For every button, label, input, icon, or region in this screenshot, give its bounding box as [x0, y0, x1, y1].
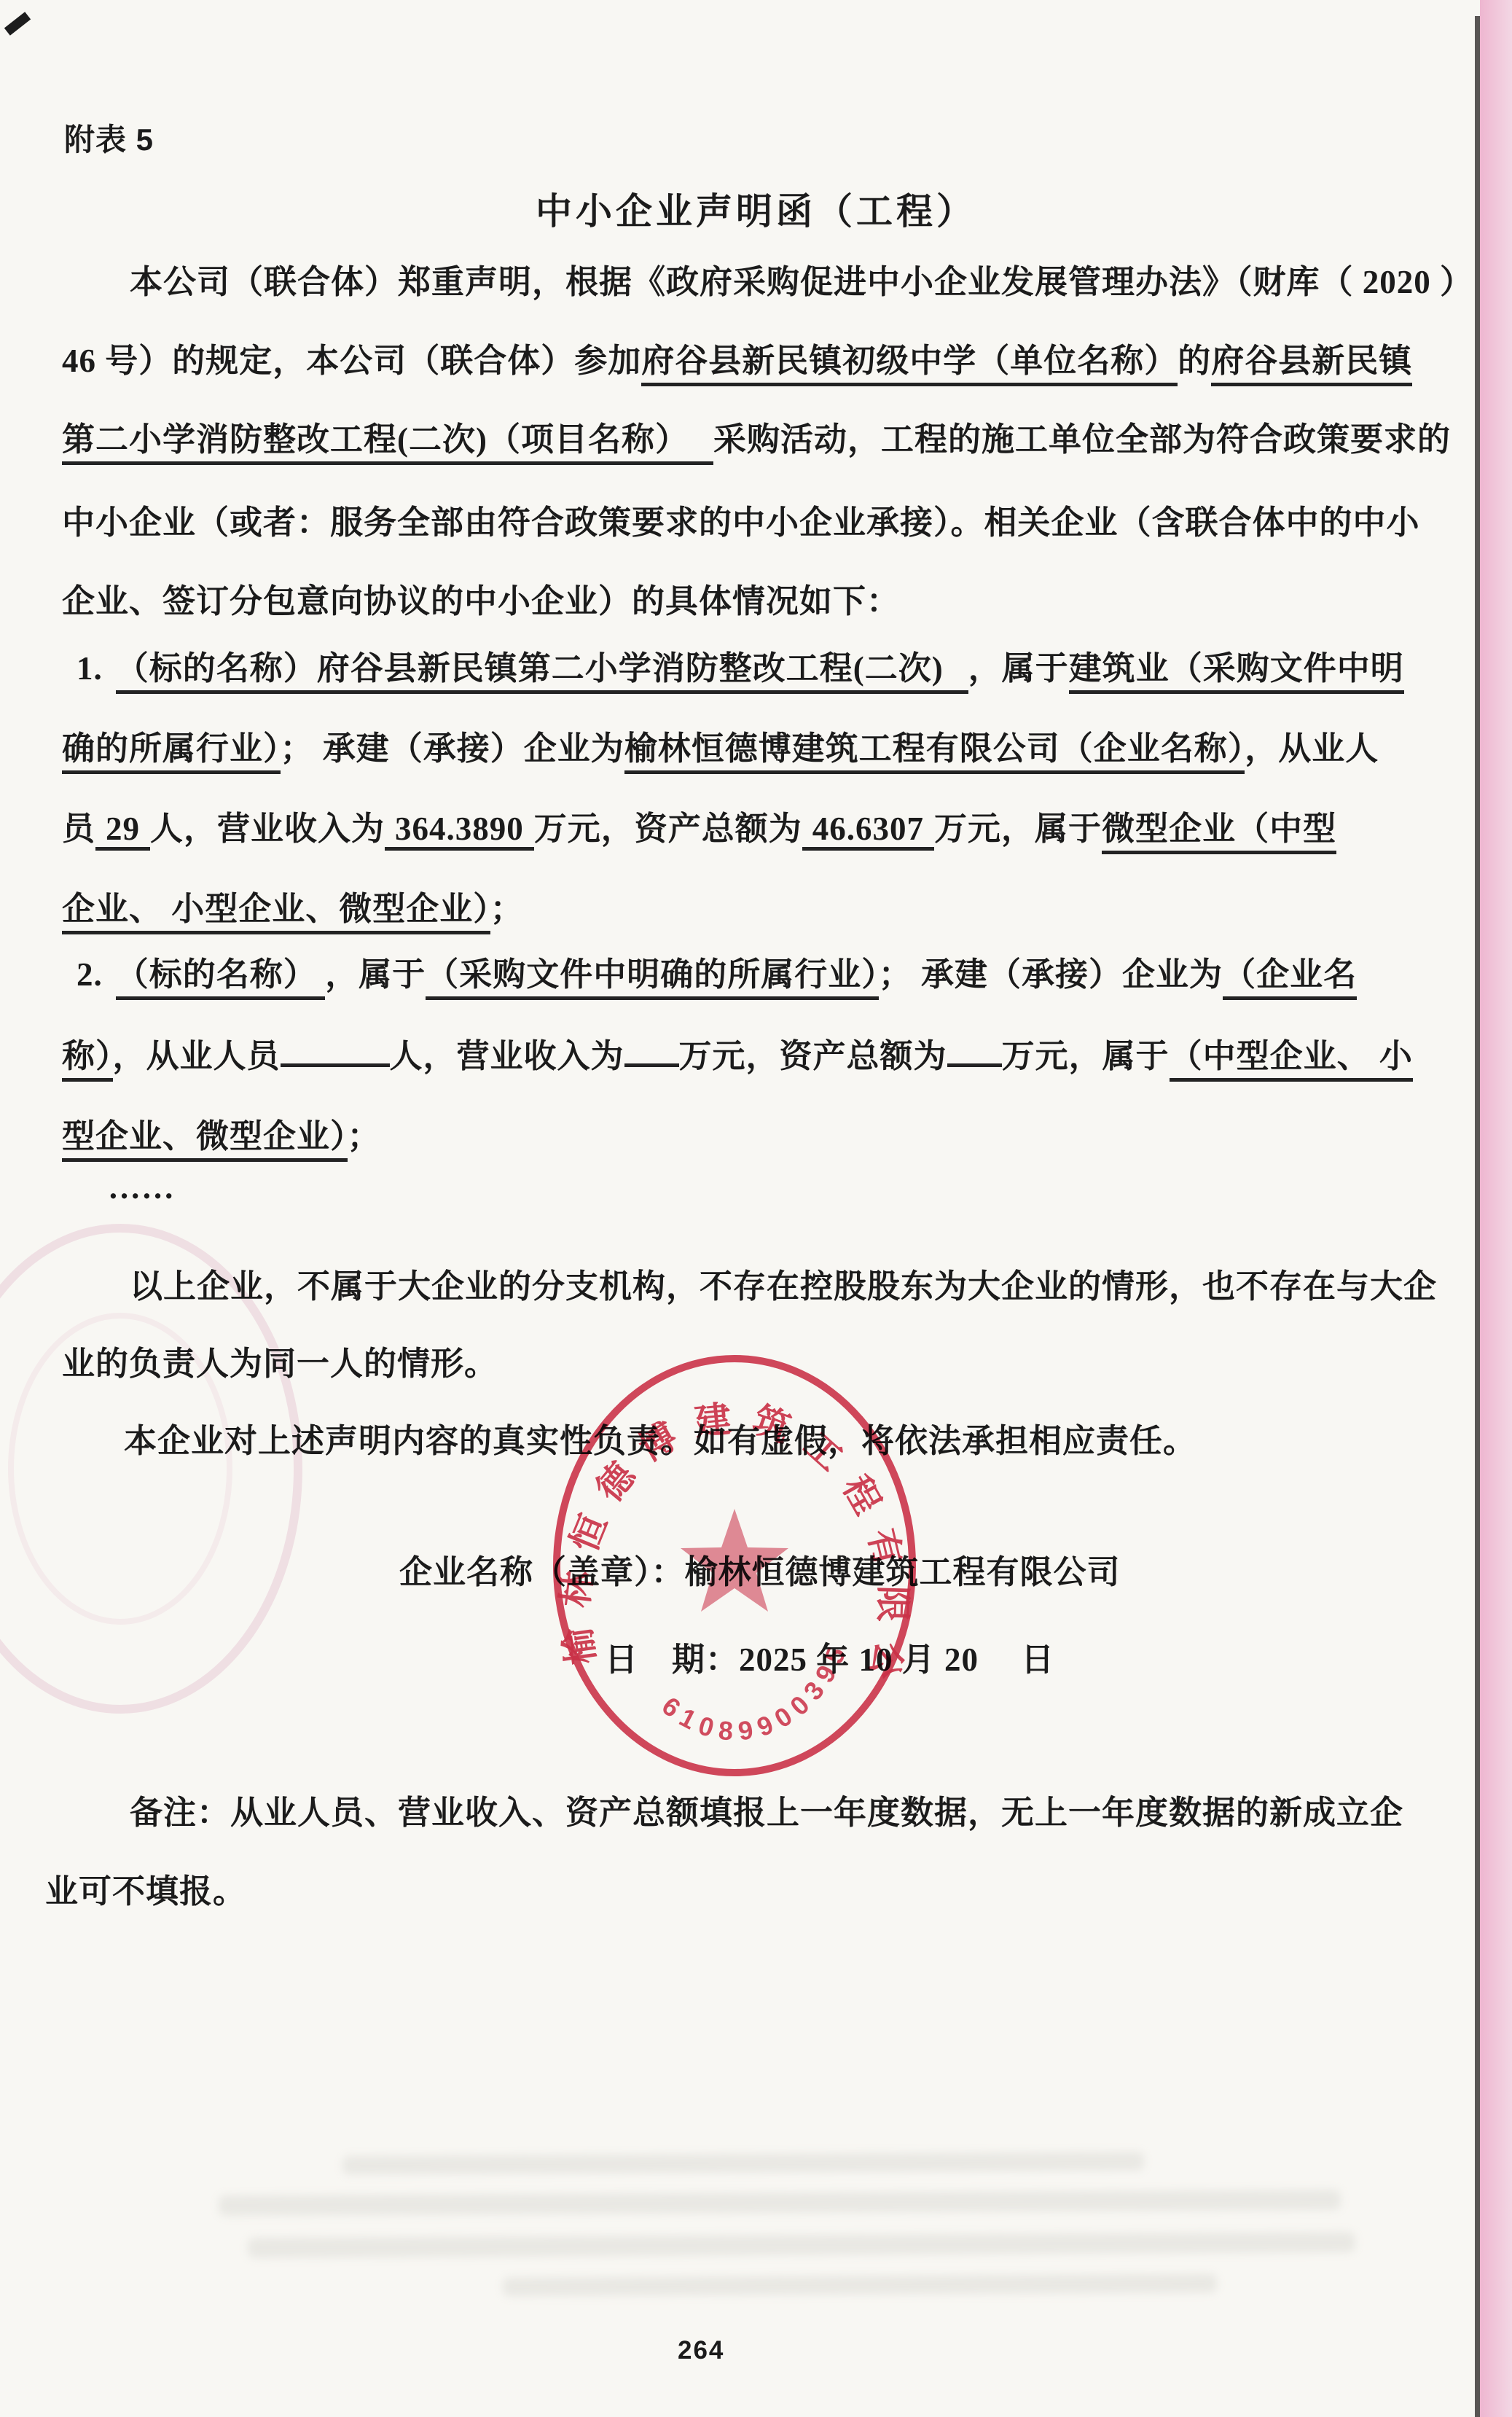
- text-segment: 中小企业（或者：服务全部由符合政策要求的中小企业承接）。相关企业（含联合体中的中…: [62, 504, 1420, 541]
- closing-line: 本企业对上述声明内容的真实性负责。如有虚假，将依法承担相应责任。: [124, 1423, 1196, 1461]
- svg-text:6108990039510: 6108990039510: [545, 1347, 854, 1746]
- underlined-segment: 企业、 小型企业、微型企业）: [62, 891, 490, 934]
- underlined-segment: 榆林恒德博建筑工程有限公司（企业名称）: [624, 730, 1245, 774]
- text-segment: 46 号）的规定，本公司（联合体）参加: [62, 343, 641, 379]
- underlined-segment: （企业名: [1223, 956, 1357, 1000]
- paragraph-line: 第二小学消防整改工程(二次)（项目名称）采购活动，工程的施工单位全部为符合政策要…: [62, 421, 1451, 459]
- list-item-2-line: 型企业、微型企业）；: [62, 1118, 381, 1156]
- text-segment: 企业、签订分包意向协议的中小企业）的具体情况如下：: [62, 583, 900, 620]
- underlined-segment: （标的名称）府谷县新民镇第二小学消防整改工程(二次): [116, 650, 968, 694]
- document-title: 中小企业声明函（工程）: [0, 191, 1512, 233]
- underlined-segment: 微型企业（中型: [1102, 811, 1336, 854]
- text-segment: 采购活动，工程的施工单位全部为符合政策要求的: [713, 421, 1451, 458]
- underlined-segment: 型企业、微型企业）: [62, 1118, 348, 1162]
- note-line: 业可不填报。: [45, 1873, 246, 1911]
- item-number: 1.: [77, 650, 103, 687]
- scan-edge-line: [1475, 16, 1480, 2417]
- underlined-segment: 第二小学消防整改工程(二次)（项目名称）: [62, 421, 713, 465]
- page-number: 264: [678, 2336, 724, 2365]
- list-item-2-line: 2.（标的名称），属于（采购文件中明确的所属行业）； 承建（承接）企业为（企业名: [77, 956, 1357, 994]
- paragraph-line: 企业、签订分包意向协议的中小企业）的具体情况如下：: [62, 583, 900, 621]
- item-number: 2.: [77, 956, 103, 993]
- bleed-through-mark: [503, 2273, 1217, 2296]
- list-item-1-line: 员29人，营业收入为364.3890万元，资产总额为46.6307万元，属于微型…: [62, 811, 1336, 848]
- text-segment: 员: [62, 811, 95, 847]
- text-segment: 万元，属于: [1002, 1038, 1170, 1074]
- company-name-line: 企业名称（盖章）：榆林恒德博建筑工程有限公司: [399, 1554, 1121, 1592]
- list-item-1-line: 企业、 小型企业、微型企业）；: [62, 891, 524, 929]
- text-segment: 本公司（联合体）郑重声明，根据《政府采购促进中小企业发展管理办法》（财库（ 20…: [130, 264, 1473, 300]
- blank-field: [947, 1060, 1002, 1067]
- list-item-1-line: 1.（标的名称）府谷县新民镇第二小学消防整改工程(二次)，属于建筑业（采购文件中…: [77, 650, 1404, 688]
- revenue-value: 364.3890: [385, 811, 534, 851]
- paragraph-line: 46 号）的规定，本公司（联合体）参加府谷县新民镇初级中学（单位名称）的府谷县新…: [62, 343, 1412, 380]
- list-item-1-line: 确的所属行业）； 承建（承接）企业为榆林恒德博建筑工程有限公司（企业名称），从业…: [62, 730, 1379, 768]
- text-segment: ，属于: [968, 650, 1069, 687]
- text-segment: ，属于: [325, 956, 426, 993]
- bleed-through-mark: [219, 2190, 1341, 2216]
- date-line: 日 期：2025 年 10 月 20 日: [605, 1641, 1054, 1679]
- appendix-label: 附表 5: [64, 122, 154, 157]
- blank-field: [281, 1060, 390, 1067]
- ellipsis-line: ……: [108, 1169, 175, 1207]
- list-item-2-line: 称），从业人员人，营业收入为万元，资产总额为万元，属于（中型企业、 小: [62, 1038, 1413, 1076]
- paragraph-line: 本公司（联合体）郑重声明，根据《政府采购促进中小企业发展管理办法》（财库（ 20…: [130, 264, 1473, 302]
- underlined-segment: 府谷县新民镇: [1211, 343, 1412, 386]
- underlined-segment: （采购文件中明确的所属行业）: [426, 956, 879, 1000]
- text-segment: 万元，资产总额为: [534, 811, 802, 847]
- underlined-segment: （标的名称）: [116, 956, 326, 1000]
- underlined-segment: （中型企业、 小: [1170, 1038, 1413, 1082]
- text-segment: 人，营业收入为: [390, 1038, 624, 1074]
- text-segment: ；: [490, 891, 524, 927]
- bleed-through-mark: [248, 2232, 1355, 2258]
- underlined-segment: 府谷县新民镇初级中学（单位名称）: [641, 343, 1178, 386]
- note-line: 备注：从业人员、营业收入、资产总额填报上一年度数据，无上一年度数据的新成立企: [130, 1795, 1403, 1832]
- scan-corner-mark: [4, 12, 31, 35]
- underlined-segment: 称）: [62, 1038, 113, 1082]
- closing-line: 以上企业，不属于大企业的分支机构，不存在控股股东为大企业的情形，也不存在与大企: [130, 1268, 1437, 1306]
- employees-value: 29: [95, 811, 150, 851]
- text-segment: ；: [348, 1118, 381, 1155]
- stamp-serial-text: 6108990039510: [545, 1347, 854, 1746]
- blank-field: [624, 1060, 679, 1067]
- paragraph-line: 中小企业（或者：服务全部由符合政策要求的中小企业承接）。相关企业（含联合体中的中…: [62, 504, 1420, 542]
- assets-value: 46.6307: [802, 811, 934, 851]
- text-segment: 万元，属于: [934, 811, 1102, 847]
- text-segment: 万元，资产总额为: [679, 1038, 947, 1074]
- scanned-document-page: 附表 5 中小企业声明函（工程） 本公司（联合体）郑重声明，根据《政府采购促进中…: [0, 0, 1512, 2417]
- text-segment: ； 承建（承接）企业为: [879, 956, 1223, 993]
- text-segment: ； 承建（承接）企业为: [281, 730, 624, 767]
- text-segment: 人，营业收入为: [150, 811, 385, 847]
- text-segment: ，从业人: [1245, 730, 1379, 767]
- underlined-segment: 确的所属行业）: [62, 730, 281, 774]
- scan-edge-pink-band: [1480, 0, 1512, 2417]
- underlined-segment: 建筑业（采购文件中明: [1069, 650, 1404, 694]
- text-segment: 的: [1178, 343, 1211, 379]
- text-segment: ，从业人员: [113, 1038, 281, 1074]
- bleed-through-mark: [342, 2152, 1144, 2175]
- closing-line: 业的负责人为同一人的情形。: [62, 1346, 498, 1383]
